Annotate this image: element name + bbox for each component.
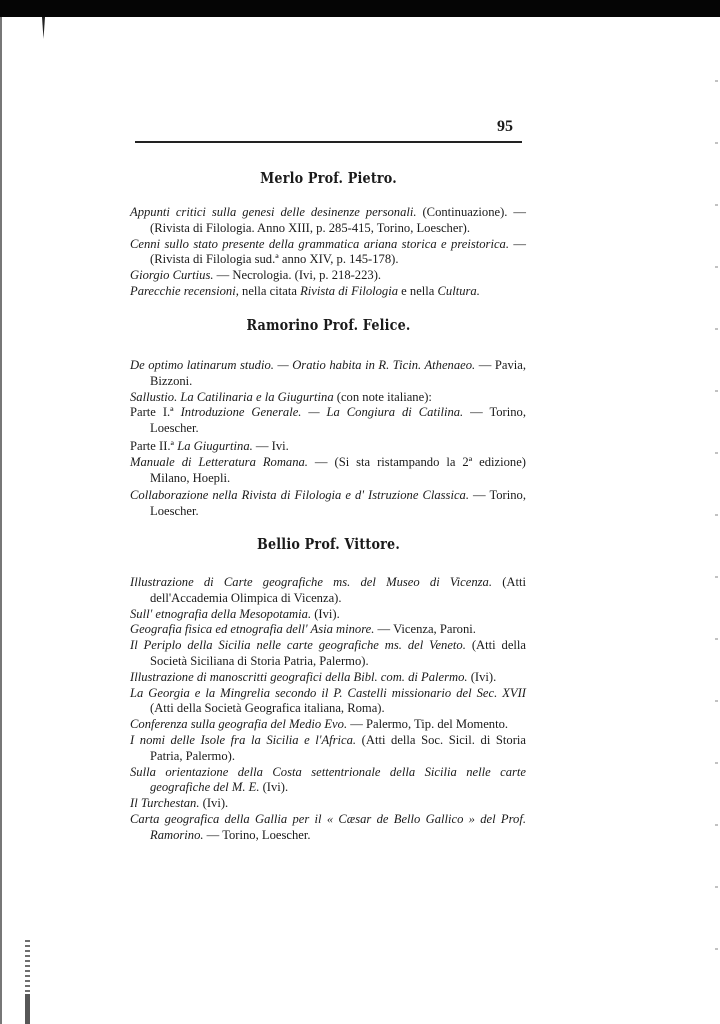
bibliography-entry: Sulla orientazione della Costa settentri… — [130, 765, 526, 797]
bibliography-entry: Conferenza sulla geografia del Medio Evo… — [130, 717, 526, 733]
bibliography-entry: Sull' etnografia della Mesopotamia. (Ivi… — [130, 607, 526, 623]
bibliography-entry: Illustrazione di Carte geografiche ms. d… — [130, 575, 526, 607]
bibliography-entry: Il Turchestan. (Ivi). — [130, 796, 526, 812]
scan-artifact-binding — [25, 940, 30, 1024]
bibliography-entry: I nomi delle Isole fra la Sicilia e l'Af… — [130, 733, 526, 765]
bibliography-entry: Il Periplo della Sicilia nelle carte geo… — [130, 638, 526, 670]
section-title-bellio: Bellio Prof. Vittore. — [158, 536, 499, 553]
bibliography-entry: Parte I.ª Introduzione Generale. — La Co… — [130, 405, 526, 437]
bibliography-entry: Giorgio Curtius. — Necrologia. (Ivi, p. … — [130, 268, 526, 284]
page-number: 95 — [497, 118, 513, 136]
scan-artifact-mark — [42, 17, 45, 39]
bibliography-entry: Parte II.ª La Giugurtina. — Ivi. — [130, 439, 526, 455]
bibliography-entry: Parecchie recensioni, nella citata Rivis… — [130, 284, 526, 300]
bibliography-entry: De optimo latinarum studio. — Oratio hab… — [130, 358, 526, 390]
header-rule — [135, 141, 522, 143]
scan-top-border — [0, 0, 720, 17]
scan-artifact-edge — [715, 20, 718, 1000]
bibliography-entry: Carta geografica della Gallia per il « C… — [130, 812, 526, 844]
scan-left-border — [0, 17, 2, 1024]
entry-list-ramorino: De optimo latinarum studio. — Oratio hab… — [130, 358, 526, 520]
bibliography-entry: Illustrazione di manoscritti geografici … — [130, 670, 526, 686]
bibliography-entry: Appunti critici sulla genesi delle desin… — [130, 205, 526, 237]
bibliography-entry: Cenni sullo stato presente della grammat… — [130, 237, 526, 269]
bibliography-entry: Geografia fisica ed etnografia dell' Asi… — [130, 622, 526, 638]
bibliography-entry: Collaborazione nella Rivista di Filologi… — [130, 488, 526, 520]
bibliography-entry: Manuale di Letteratura Romana. — (Si sta… — [130, 455, 526, 487]
entry-list-bellio: Illustrazione di Carte geografiche ms. d… — [130, 575, 526, 844]
entry-list-merlo: Appunti critici sulla genesi delle desin… — [130, 205, 526, 300]
bibliography-entry: Sallustio. La Catilinaria e la Giugurtin… — [130, 390, 526, 406]
section-title-ramorino: Ramorino Prof. Felice. — [158, 317, 499, 334]
bibliography-entry: La Georgia e la Mingrelia secondo il P. … — [130, 686, 526, 718]
section-title-merlo: Merlo Prof. Pietro. — [158, 170, 499, 187]
